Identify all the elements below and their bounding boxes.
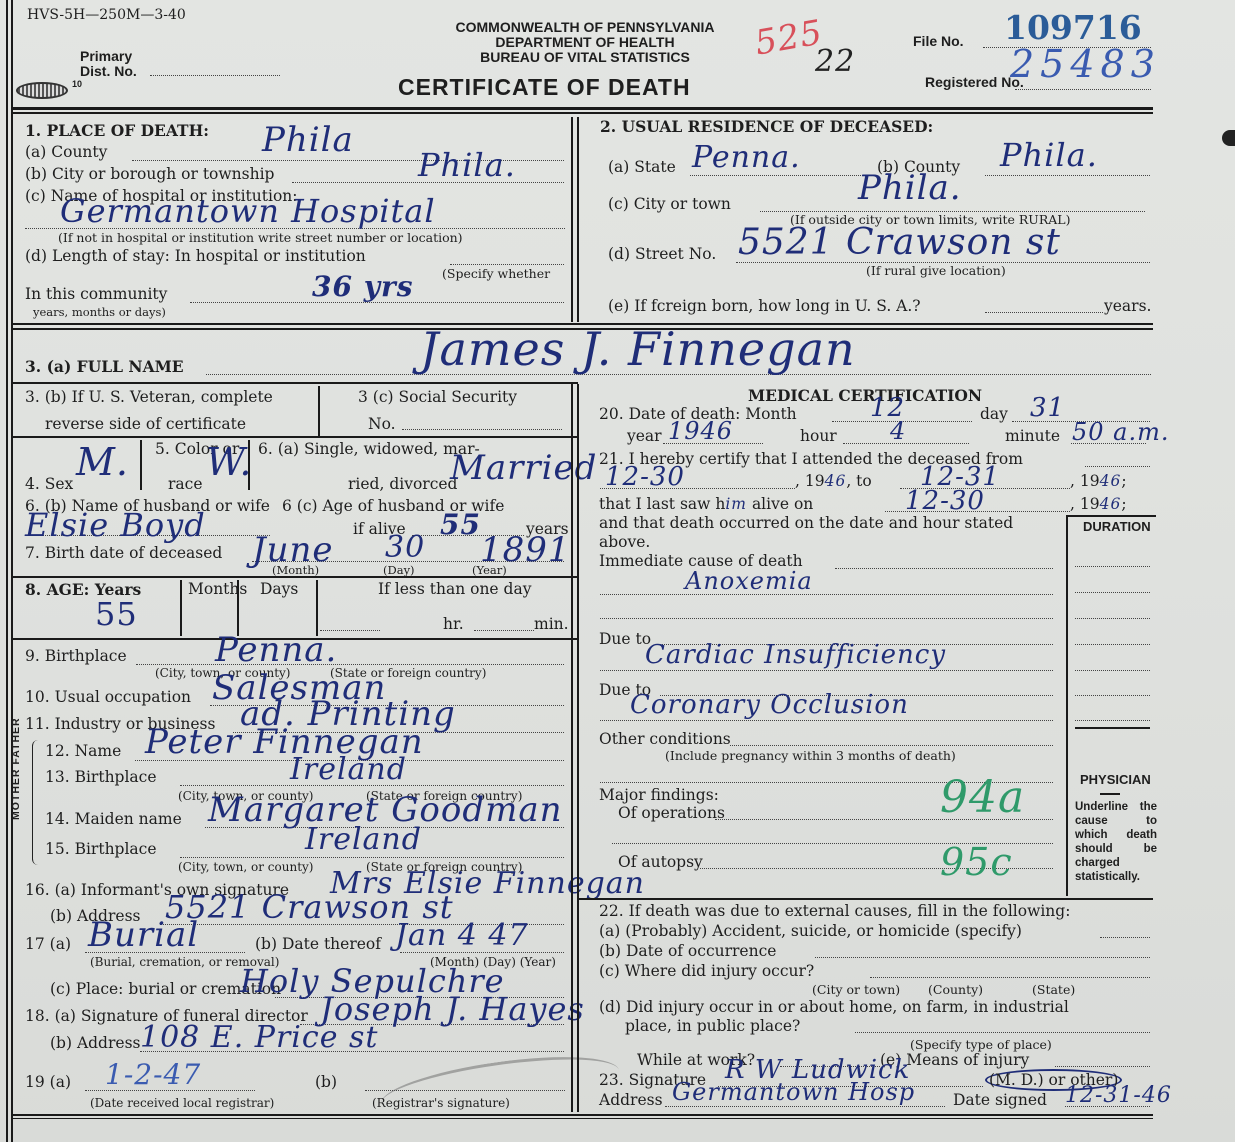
registered-number: 25483 xyxy=(1010,42,1161,86)
ssn-label: 3 (c) Social Security xyxy=(358,388,517,406)
race-value: W. xyxy=(206,440,253,484)
funeral-address-value: 108 E. Price st xyxy=(140,1020,378,1055)
page-title: CERTIFICATE OF DEATH xyxy=(398,74,691,101)
external-d-label-2: place, in public place? xyxy=(625,1017,800,1035)
immediate-cause-value: Anoxemia xyxy=(685,567,813,595)
edge-mark xyxy=(1222,130,1235,146)
marital-value: Married xyxy=(450,448,597,488)
medical-heading: MEDICAL CERTIFICATION xyxy=(748,386,982,405)
father-birthplace-label: 13. Birthplace xyxy=(45,768,157,786)
disposition-label: 17 (a) xyxy=(25,935,71,953)
father-name-label: 12. Name xyxy=(45,742,121,760)
last-saw-label: that I last saw him alive on xyxy=(599,495,813,513)
dist-label: Dist. No. xyxy=(80,63,137,79)
day-note: (Day) xyxy=(383,563,415,577)
operations-label: Of operations xyxy=(618,804,725,822)
agency-line-3: BUREAU OF VITAL STATISTICS xyxy=(425,50,745,65)
physician-label: PHYSICIAN xyxy=(1080,772,1151,787)
mother-birthplace-value: Ireland xyxy=(305,822,422,857)
mother-maiden-label: 14. Maiden name xyxy=(45,810,182,828)
registrar-signature-stroke xyxy=(378,1046,623,1129)
spouse-age-value: 55 xyxy=(440,508,481,541)
agency-line-2: DEPARTMENT OF HEALTH xyxy=(425,35,745,50)
agency-line-1: COMMONWEALTH OF PENNSYLVANIA xyxy=(425,20,745,35)
c-note-state: (State) xyxy=(1032,982,1075,997)
duration-label: DURATION xyxy=(1083,519,1151,534)
specify-note: (Specify whether xyxy=(442,266,550,281)
other-conditions-label: Other conditions xyxy=(599,730,731,748)
registered-no-label: Registered No. xyxy=(925,74,1024,90)
state-label: (a) State xyxy=(608,158,676,176)
autopsy-code: 95c xyxy=(940,840,1013,884)
above-label: above. xyxy=(599,533,650,551)
birthplace-value: Penna. xyxy=(215,630,337,670)
birth-day-value: 30 xyxy=(385,530,425,565)
attended-from-value: 12-30 xyxy=(605,462,685,492)
year-note: (Year) xyxy=(472,563,507,577)
last-saw-year: , 1946; xyxy=(1070,495,1127,513)
minute-label: minute xyxy=(1005,427,1060,445)
registrar-date-note: (Date received local registrar) xyxy=(90,1096,274,1110)
full-name-label: 3. (a) FULL NAME xyxy=(25,357,184,376)
operations-code: 94a xyxy=(940,772,1025,823)
death-certificate: HVS-5H—250M—3-40 Primary Dist. No. 10 CO… xyxy=(0,0,1235,1142)
residence-street-value: 5521 Crawson st xyxy=(738,222,1061,263)
residence-city-value: Phila. xyxy=(858,168,962,208)
death-day-value: 31 xyxy=(1030,393,1065,423)
residence-heading: 2. USUAL RESIDENCE OF DECEASED: xyxy=(600,117,933,136)
age-years-value: 55 xyxy=(95,595,138,633)
community-value: 36 yrs xyxy=(312,270,414,303)
county-label: (a) County xyxy=(25,143,107,161)
death-county-value: Phila xyxy=(262,120,354,160)
occupation-label: 10. Usual occupation xyxy=(25,688,191,706)
autopsy-label: Of autopsy xyxy=(618,853,703,871)
full-name-value: James J. Finnegan xyxy=(420,322,856,376)
other-conditions-note: (Include pregnancy within 3 months of de… xyxy=(665,748,956,763)
d-note: (Specify type of place) xyxy=(910,1037,1052,1052)
due-to-value-2: Coronary Occlusion xyxy=(630,690,909,720)
black-annotation: 22 xyxy=(815,44,855,79)
disposition-value: Burial xyxy=(88,915,199,955)
foreign-label: (e) If fcreign born, how long in U. S. A… xyxy=(608,297,921,315)
parents-side-label: MOTHER FATHER xyxy=(10,700,22,820)
file-no-label: File No. xyxy=(913,33,964,49)
due-to-label-1: Due to xyxy=(599,630,651,648)
min-label: min. xyxy=(534,615,569,633)
physician-address-label: Address xyxy=(599,1091,663,1109)
registrar-date-value: 1-2-47 xyxy=(105,1058,201,1091)
less-than-day-label: If less than one day xyxy=(378,580,531,598)
funeral-address-label: (b) Address xyxy=(50,1034,140,1052)
street-label: (d) Street No. xyxy=(608,245,716,263)
birth-date-label: 7. Birth date of deceased xyxy=(25,544,222,562)
left-border-inner xyxy=(11,0,13,1142)
veteran-label: 3. (b) If U. S. Veteran, complete xyxy=(25,388,273,406)
days-label: Days xyxy=(260,580,298,598)
year-label: year xyxy=(627,427,662,445)
stay-label: (d) Length of stay: In hospital or insti… xyxy=(25,247,366,265)
external-d-label: (d) Did injury occur in or about home, o… xyxy=(599,998,1069,1016)
death-city-value: Phila. xyxy=(418,146,516,184)
left-border xyxy=(6,0,8,1142)
registrar-sig-label: (b) xyxy=(315,1073,337,1091)
union-bug-number: 10 xyxy=(72,79,82,89)
date-signed-value: 12-31-46 xyxy=(1065,1083,1172,1108)
death-minute-value: 50 a.m. xyxy=(1072,418,1170,446)
hour-label: hour xyxy=(800,427,837,445)
day-label: day xyxy=(980,405,1008,423)
res-city-label: (c) City or town xyxy=(608,195,731,213)
sex-label: 4. Sex xyxy=(25,475,73,493)
major-findings-label: Major findings: xyxy=(599,786,719,804)
month-note: (Month) xyxy=(272,563,319,577)
registrar-sig-note: (Registrar's signature) xyxy=(372,1096,510,1110)
race-label: race xyxy=(168,475,203,493)
units-note: years, months or days) xyxy=(33,305,166,319)
physician-note: Underline the cause to which death shoul… xyxy=(1075,800,1157,884)
community-label: In this community xyxy=(25,285,167,303)
dist-no-field xyxy=(150,75,280,76)
veteran-label-2: reverse side of certificate xyxy=(45,415,246,433)
hr-label: hr. xyxy=(443,615,464,633)
hospital-note: (If not in hospital or institution write… xyxy=(58,230,463,245)
marital-label-2: ried, divorced xyxy=(348,475,457,493)
c-note-county: (County) xyxy=(928,982,983,997)
attended-to-year: , 1946; xyxy=(1070,472,1127,490)
parents-bracket xyxy=(32,740,40,865)
ssn-field xyxy=(402,429,562,430)
city-label: (b) City or borough or township xyxy=(25,165,274,183)
ssn-no-label: No. xyxy=(368,415,396,433)
residence-county-value: Phila. xyxy=(1000,136,1098,174)
external-b-label: (b) Date of occurrence xyxy=(599,942,776,960)
disposition-date-value: Jan 4 47 xyxy=(395,918,529,953)
external-heading: 22. If death was due to external causes,… xyxy=(599,902,1070,920)
date-signed-label: Date signed xyxy=(953,1091,1047,1109)
sex-value: M. xyxy=(76,440,129,484)
external-a-label: (a) (Probably) Accident, suicide, or hom… xyxy=(599,922,1022,940)
physician-address-value: Germantown Hosp xyxy=(672,1078,915,1106)
hospital-value: Germantown Hospital xyxy=(60,192,436,230)
residence-state-value: Penna. xyxy=(692,140,801,175)
form-code: HVS-5H—250M—3-40 xyxy=(27,7,186,23)
union-bug-icon xyxy=(16,82,68,99)
mother-birthplace-label: 15. Birthplace xyxy=(45,840,157,858)
attended-from-year: , 1946, to xyxy=(795,472,872,490)
spouse-value: Elsie Boyd xyxy=(25,506,206,544)
due-to-value-1: Cardiac Insufficiency xyxy=(645,640,946,670)
foreign-unit: years. xyxy=(1104,297,1151,315)
registrar-date-label: 19 (a) xyxy=(25,1073,71,1091)
death-year-value: 1946 xyxy=(668,417,733,445)
birthplace-label: 9. Birthplace xyxy=(25,647,127,665)
city-note-15: (City, town, or county) xyxy=(178,860,313,874)
father-birthplace-value: Ireland xyxy=(290,752,407,787)
last-saw-value: 12-30 xyxy=(905,486,985,516)
disposition-date-label: (b) Date thereof xyxy=(255,935,381,953)
marital-label: 6. (a) Single, widowed, mar- xyxy=(258,440,480,458)
street-note: (If rural give location) xyxy=(866,263,1006,278)
external-c-label: (c) Where did injury occur? xyxy=(599,962,814,980)
c-note-city: (City or town) xyxy=(812,982,900,997)
occurred-label: and that death occurred on the date and … xyxy=(599,514,1013,532)
primary-label: Primary xyxy=(80,48,132,64)
place-of-death-heading: 1. PLACE OF DEATH: xyxy=(25,121,209,140)
death-hour-value: 4 xyxy=(890,417,906,445)
